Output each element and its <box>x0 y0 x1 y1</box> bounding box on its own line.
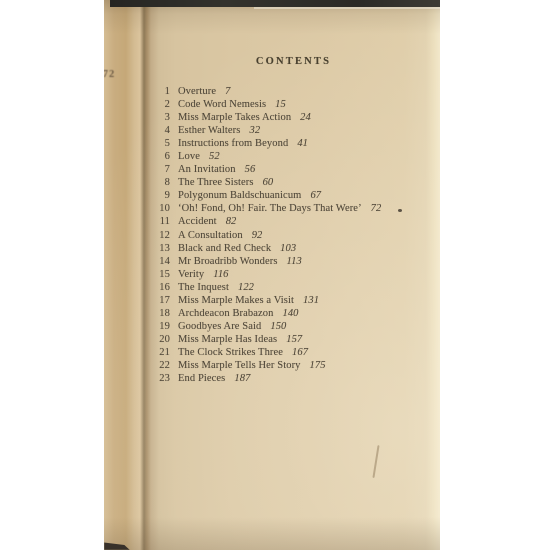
toc-page-number: 67 <box>310 189 321 202</box>
toc-chapter-number: 2 <box>151 98 170 111</box>
toc-chapter-number: 12 <box>151 229 170 242</box>
toc-page-number: 150 <box>270 320 286 333</box>
toc-chapter-number: 13 <box>151 242 170 255</box>
toc-row: 15 Verity 116 <box>151 268 436 281</box>
page-title: CONTENTS <box>151 56 436 67</box>
toc-chapter-number: 22 <box>151 359 170 372</box>
toc-row: 13 Black and Red Check 103 <box>151 242 436 255</box>
toc-page-number: 92 <box>252 229 263 242</box>
toc-chapter-title: The Inquest <box>178 281 229 294</box>
toc-chapter-title: Miss Marple Tells Her Story <box>178 359 301 372</box>
toc-page-number: 116 <box>213 268 228 281</box>
toc-page-number: 24 <box>300 111 311 124</box>
toc-row: 12 A Consultation 92 <box>151 229 436 242</box>
toc-chapter-title: Archdeacon Brabazon <box>178 307 273 320</box>
toc-chapter-title: Miss Marple Makes a Visit <box>178 294 294 307</box>
toc-chapter-title: ‘Oh! Fond, Oh! Fair. The Days That Were’ <box>178 202 362 215</box>
toc-row: 23 End Pieces 187 <box>151 372 436 385</box>
toc-chapter-number: 14 <box>151 255 170 268</box>
toc-chapter-number: 21 <box>151 346 170 359</box>
toc-page-number: 72 <box>371 202 382 215</box>
toc-chapter-title: End Pieces <box>178 372 225 385</box>
toc-chapter-number: 10 <box>151 202 170 215</box>
toc-chapter-number: 4 <box>151 124 170 137</box>
scanned-book-photo: 72 CONTENTS 1 Overture 7 2 Code Word Nem… <box>0 0 550 550</box>
toc-page-number: 140 <box>282 307 298 320</box>
toc-row: 8 The Three Sisters 60 <box>151 176 436 189</box>
toc-chapter-number: 8 <box>151 176 170 189</box>
toc-chapter-number: 6 <box>151 150 170 163</box>
toc-chapter-title: An Invitation <box>178 163 236 176</box>
toc-row: 20 Miss Marple Has Ideas 157 <box>151 333 436 346</box>
toc-chapter-title: Polygonum Baldschuanicum <box>178 189 301 202</box>
toc-page-number: 131 <box>303 294 319 307</box>
toc-page-number: 82 <box>226 215 237 228</box>
toc-row: 16 The Inquest 122 <box>151 281 436 294</box>
toc-row: 10 ‘Oh! Fond, Oh! Fair. The Days That We… <box>151 202 436 215</box>
toc-chapter-number: 23 <box>151 372 170 385</box>
toc-row: 6 Love 52 <box>151 150 436 163</box>
toc-chapter-number: 20 <box>151 333 170 346</box>
toc-chapter-number: 16 <box>151 281 170 294</box>
toc-page-number: 167 <box>292 346 308 359</box>
toc-page-number: 15 <box>275 98 286 111</box>
toc-page-number: 175 <box>310 359 326 372</box>
toc-chapter-title: Miss Marple Has Ideas <box>178 333 277 346</box>
toc-chapter-number: 18 <box>151 307 170 320</box>
toc-row: 2 Code Word Nemesis 15 <box>151 98 436 111</box>
toc-list: 1 Overture 7 2 Code Word Nemesis 15 3 Mi… <box>151 85 436 385</box>
toc-page-number: 187 <box>234 372 250 385</box>
toc-row: 4 Esther Walters 32 <box>151 124 436 137</box>
toc-chapter-title: The Clock Strikes Three <box>178 346 283 359</box>
toc-page-number: 157 <box>286 333 302 346</box>
toc-row: 17 Miss Marple Makes a Visit 131 <box>151 294 436 307</box>
toc-row: 22 Miss Marple Tells Her Story 175 <box>151 359 436 372</box>
toc-row: 21 The Clock Strikes Three 167 <box>151 346 436 359</box>
toc-page-number: 56 <box>245 163 256 176</box>
toc-page-number: 113 <box>287 255 302 268</box>
toc-page-number: 7 <box>225 85 230 98</box>
book-photo: 72 CONTENTS 1 Overture 7 2 Code Word Nem… <box>104 0 440 550</box>
contents-page: CONTENTS 1 Overture 7 2 Code Word Nemesi… <box>151 0 436 550</box>
toc-chapter-number: 11 <box>151 215 170 228</box>
toc-page-number: 103 <box>280 242 296 255</box>
toc-page-number: 60 <box>263 176 274 189</box>
toc-page-number: 52 <box>209 150 220 163</box>
toc-page-number: 41 <box>297 137 308 150</box>
toc-chapter-number: 7 <box>151 163 170 176</box>
toc-chapter-title: Mr Broadribb Wonders <box>178 255 278 268</box>
toc-row: 18 Archdeacon Brabazon 140 <box>151 307 436 320</box>
ink-speck <box>398 209 402 212</box>
toc-row: 9 Polygonum Baldschuanicum 67 <box>151 189 436 202</box>
toc-chapter-number: 17 <box>151 294 170 307</box>
toc-chapter-title: A Consultation <box>178 229 243 242</box>
toc-page-number: 122 <box>238 281 254 294</box>
toc-page-number: 32 <box>249 124 260 137</box>
toc-chapter-number: 3 <box>151 111 170 124</box>
toc-chapter-title: Accident <box>178 215 217 228</box>
toc-chapter-title: Love <box>178 150 200 163</box>
toc-chapter-number: 9 <box>151 189 170 202</box>
toc-chapter-title: Goodbyes Are Said <box>178 320 261 333</box>
toc-row: 5 Instructions from Beyond 41 <box>151 137 436 150</box>
toc-chapter-title: Miss Marple Takes Action <box>178 111 291 124</box>
toc-chapter-title: Esther Walters <box>178 124 240 137</box>
toc-chapter-title: The Three Sisters <box>178 176 254 189</box>
toc-row: 14 Mr Broadribb Wonders 113 <box>151 255 436 268</box>
toc-row: 11 Accident 82 <box>151 215 436 228</box>
toc-chapter-title: Black and Red Check <box>178 242 271 255</box>
toc-row: 3 Miss Marple Takes Action 24 <box>151 111 436 124</box>
toc-chapter-title: Verity <box>178 268 204 281</box>
toc-chapter-title: Code Word Nemesis <box>178 98 266 111</box>
toc-row: 7 An Invitation 56 <box>151 163 436 176</box>
toc-row: 1 Overture 7 <box>151 85 436 98</box>
toc-chapter-number: 5 <box>151 137 170 150</box>
toc-chapter-number: 15 <box>151 268 170 281</box>
toc-chapter-title: Instructions from Beyond <box>178 137 288 150</box>
toc-chapter-number: 1 <box>151 85 170 98</box>
toc-chapter-number: 19 <box>151 320 170 333</box>
spine-bottom-shadow <box>104 540 134 550</box>
toc-chapter-title: Overture <box>178 85 216 98</box>
gutter-stamp-number: 72 <box>104 69 115 80</box>
toc-row: 19 Goodbyes Are Said 150 <box>151 320 436 333</box>
